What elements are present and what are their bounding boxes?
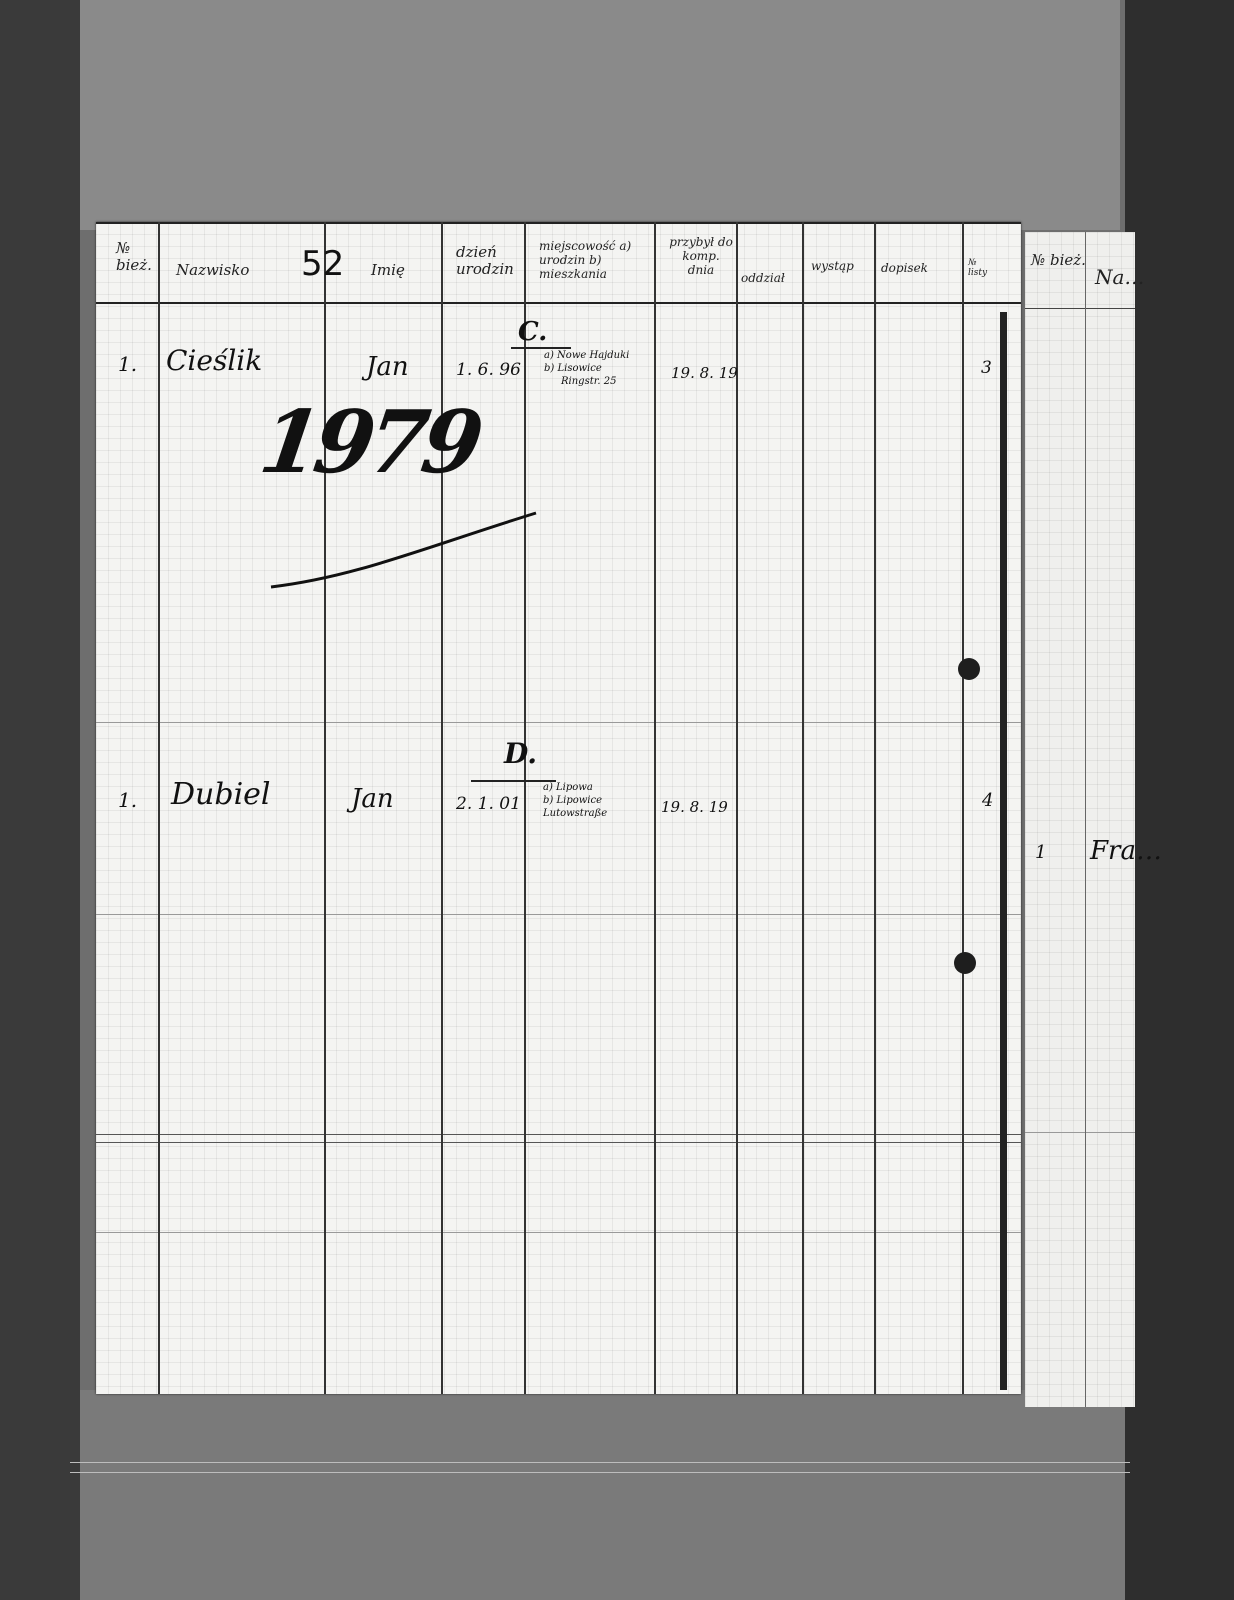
entry-first-name: Jan — [366, 352, 409, 382]
entry-place-c: Lutowstraße — [543, 808, 607, 820]
header-first-name: Imię — [371, 262, 405, 279]
entry-place-a: a) Lipowa — [543, 782, 593, 794]
header-surname: Nazwisko — [176, 262, 249, 279]
entry-list-no: 3 — [981, 358, 992, 378]
entry-place-c: Ringstr. 25 — [561, 376, 616, 388]
adjacent-header-nr: № bież. — [1031, 252, 1086, 269]
adjacent-page: № bież. Na… 1 Fra… — [1025, 232, 1135, 1407]
entry-arrived: 19. 8. 19 — [661, 798, 728, 816]
scan-border-right — [1125, 0, 1234, 1600]
entry-nr: 1. — [118, 352, 137, 376]
entry-surname: Dubiel — [171, 777, 271, 812]
page-binding — [1000, 312, 1007, 1390]
entry-place-a: a) Nowe Hajduki — [544, 350, 629, 362]
scan-background-top — [80, 0, 1120, 230]
entry-place-b: b) Lisowice — [544, 363, 602, 375]
header-arrived: przybył do komp. dnia — [668, 236, 734, 277]
scan-background-bottom — [80, 1390, 1125, 1600]
entry-first-name: Jan — [351, 784, 394, 814]
header-list-no: № listy — [968, 258, 998, 279]
header-departure: wystąp — [811, 260, 854, 274]
scan-line — [70, 1462, 1130, 1463]
header-nr: № bież. — [116, 240, 156, 275]
entry-birth-date: 2. 1. 01 — [456, 794, 521, 814]
header-note: dopisek — [881, 262, 928, 276]
scan-border-left — [0, 0, 80, 1600]
adjacent-header-name: Na… — [1095, 266, 1144, 289]
header-unit: oddział — [741, 272, 785, 286]
entry-stamp-number: 1979 — [254, 392, 484, 493]
entry-marker: D. — [504, 737, 537, 770]
adjacent-entry-name: Fra… — [1090, 836, 1162, 866]
entry-surname: Cieślik — [166, 344, 262, 377]
entry-marker: C. — [518, 317, 547, 347]
entry-birth-date: 1. 6. 96 — [456, 360, 521, 380]
entry-arrived: 19. 8. 19 — [671, 364, 738, 382]
underline-stroke — [266, 507, 546, 597]
entry-list-no: 4 — [982, 790, 993, 811]
adjacent-entry-nr: 1 — [1035, 842, 1046, 863]
ledger-page: № bież. Nazwisko 52 Imię dzień urodzin m… — [96, 222, 1021, 1394]
scan-line — [70, 1472, 1130, 1473]
entry-place-b: b) Lipowice — [543, 795, 602, 807]
punch-hole — [954, 952, 976, 974]
header-place: miejscowość a) urodzin b) mieszkania — [539, 240, 654, 281]
entry-nr: 1. — [118, 788, 137, 812]
page-number: 52 — [301, 244, 344, 284]
punch-hole — [958, 658, 980, 680]
header-birth-date: dzień urodzin — [456, 244, 522, 279]
